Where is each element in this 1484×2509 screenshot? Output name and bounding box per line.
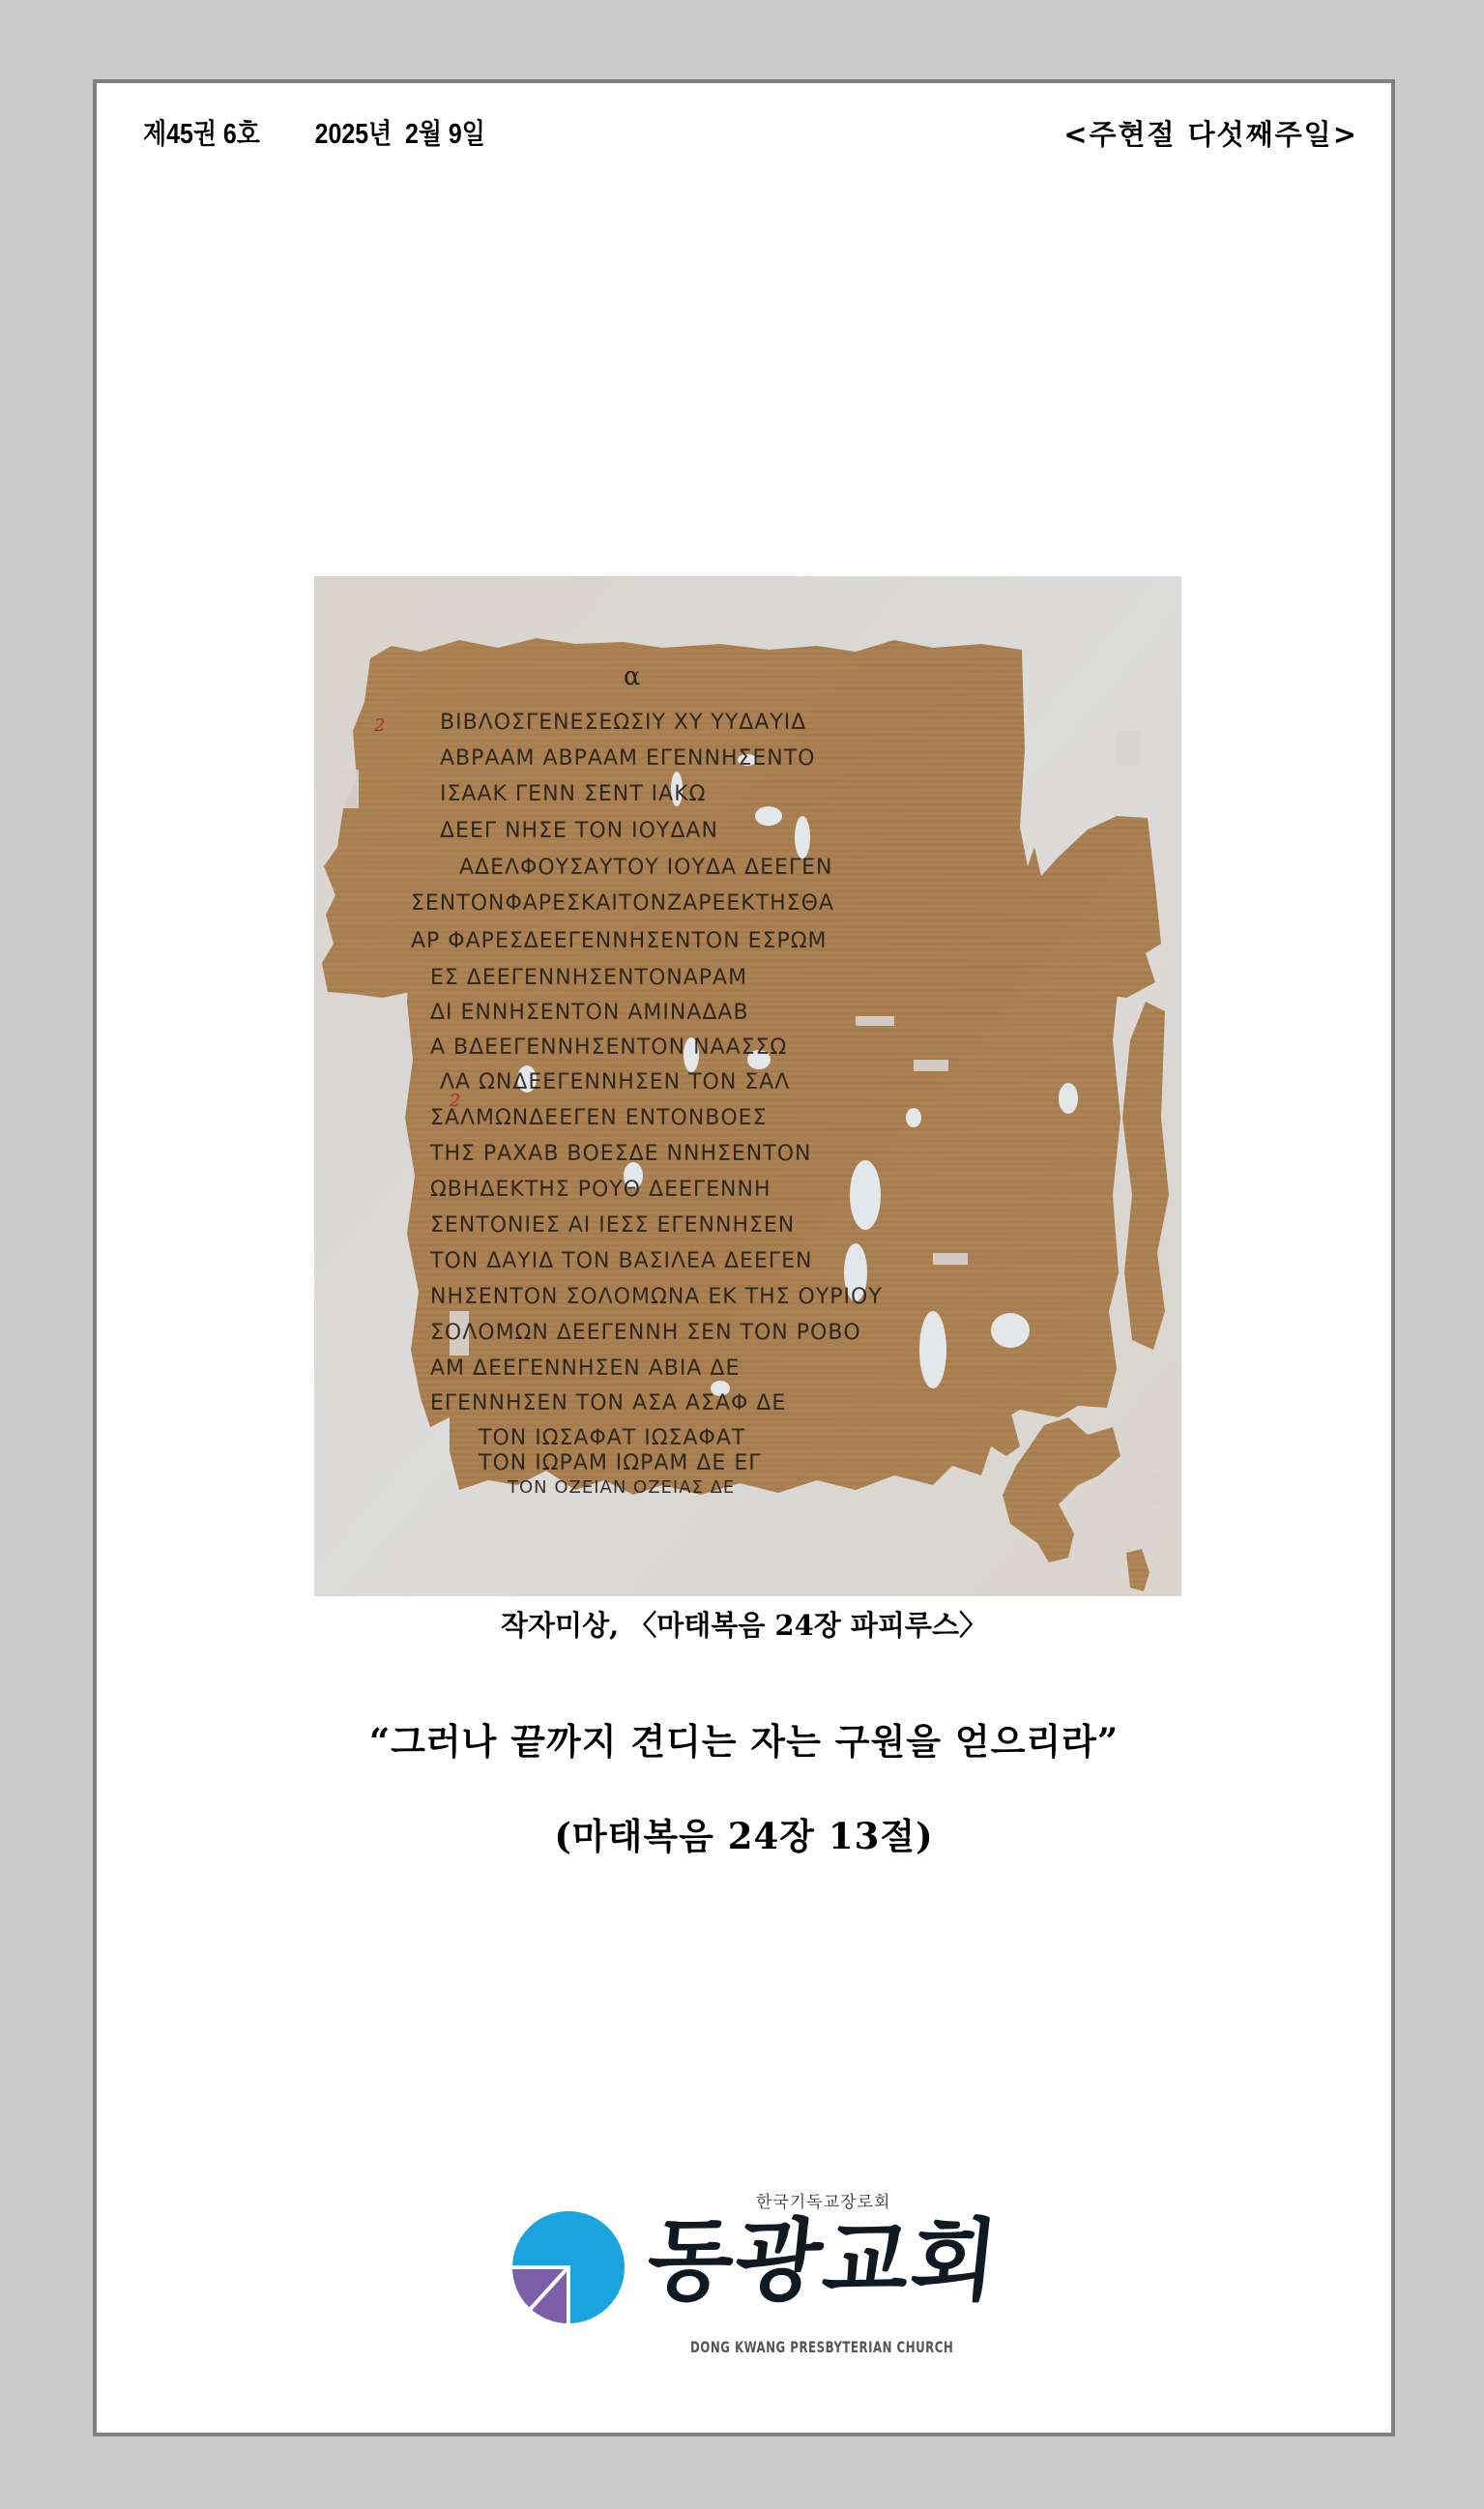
svg-text:ΤΟΝ ΔΑΥΙΔ ΤΟΝ ΒΑΣΙΛΕΑ ΔΕΕΓΕ: ΤΟΝ ΔΑΥΙΔ ΤΟΝ ΒΑΣΙΛΕΑ ΔΕΕΓΕΝ [429,1249,812,1273]
svg-text:ΝΗΣΕΝΤΟΝ ΣΟΛΟΜΩΝΑ ΕΚ ΤΗΣ ΟΥΡΙΟ: ΝΗΣΕΝΤΟΝ ΣΟΛΟΜΩΝΑ ΕΚ ΤΗΣ ΟΥΡΙΟΥ [430,1285,883,1309]
artwork-caption: 작자미상, 〈마태복음 24장 파피루스〉 [97,1608,1391,1643]
svg-text:ΤΟΝ ΙΩΡΑΜ ΙΩΡΑΜ ΔΕ ΕΓ: ΤΟΝ ΙΩΡΑΜ ΙΩΡΑΜ ΔΕ ΕΓ [478,1451,762,1475]
svg-text:ΕΓΕΝΝΗΣΕΝ ΤΟΝ ΑΣΑ ΑΣΑΦ ΔΕ: ΕΓΕΝΝΗΣΕΝ ΤΟΝ ΑΣΑ ΑΣΑΦ ΔΕ [430,1391,786,1415]
svg-text:ΣΕΝΤΟΝΦΑΡΕΣΚΑΙΤΟΝΖΑΡΕΕΚΤΗΣΘΑ: ΣΕΝΤΟΝΦΑΡΕΣΚΑΙΤΟΝΖΑΡΕΕΚΤΗΣΘΑ [411,891,834,916]
svg-text:ΙΣΑΑΚ ΓΕΝΝ ΣΕΝΤ ΙΑΚΩ: ΙΣΑΑΚ ΓΕΝΝ ΣΕΝΤ ΙΑΚΩ [440,782,706,806]
margin-numeral-top: 2 [373,715,385,736]
page-marker: α [624,662,641,691]
scripture-quote: “그러나 끝까지 견디는 자는 구원을 얻으리라” [97,1719,1391,1764]
issue-date: 2025년 2월 9일 [315,119,485,150]
issue-header: 제45권 6호2025년 2월 9일 [143,118,485,151]
svg-text:ΤΟΝ ΙΩΣΑΦΑΤ ΙΩΣΑΦΑΤ: ΤΟΝ ΙΩΣΑΦΑΤ ΙΩΣΑΦΑΤ [478,1426,745,1450]
papyrus-artwork: 2 2 α ΒΙΒΛΟΣΓΕΝΕΣΕΩΣΙΥ ΧΥ ΥΥΔΑΥΙΔ ΑΒΡΑΑΜ… [314,576,1181,1596]
svg-text:ΑΜ ΔΕΕΓΕΝΝΗΣΕΝ ΑΒΙΑ ΔΕ: ΑΜ ΔΕΕΓΕΝΝΗΣΕΝ ΑΒΙΑ ΔΕ [430,1357,740,1381]
church-wordmark: 동광교회 [642,2206,1004,2315]
svg-text:ΒΙΒΛΟΣΓΕΝΕΣΕΩΣΙΥ ΧΥ ΥΥΔΑΥΙΔ: ΒΙΒΛΟΣΓΕΝΕΣΕΩΣΙΥ ΧΥ ΥΥΔΑΥΙΔ [440,711,806,735]
svg-text:ΤΗΣ ΡΑΧΑΒ ΒΟΕΣΔΕ ΝΝΗΣΕΝΤΟΝ: ΤΗΣ ΡΑΧΑΒ ΒΟΕΣΔΕ ΝΝΗΣΕΝΤΟΝ [429,1142,811,1166]
svg-text:ΕΣ ΔΕΕΓΕΝΝΗΣΕΝΤΟΝΑΡΑΜ: ΕΣ ΔΕΕΓΕΝΝΗΣΕΝΤΟΝΑΡΑΜ [430,966,747,990]
bulletin-cover-page: 제45권 6호2025년 2월 9일 <주현절 다섯째주일> [93,79,1395,2436]
scripture-reference: (마태복음 24장 13절) [97,1814,1391,1858]
svg-text:Α ΒΔΕΕΓΕΝΝΗΣΕΝΤΟΝ ΝΑΑΣΣΩ: Α ΒΔΕΕΓΕΝΝΗΣΕΝΤΟΝ ΝΑΑΣΣΩ [430,1036,787,1060]
svg-text:ΑΒΡΑΑΜ ΑΒΡΑΑΜ ΕΓΕΝΝΗΣΕΝΤΟ: ΑΒΡΑΑΜ ΑΒΡΑΑΜ ΕΓΕΝΝΗΣΕΝΤΟ [440,746,816,771]
church-logo-mark-icon [510,2209,626,2325]
svg-text:ΣΑΛΜΩΝΔΕΕΓΕΝ ΕΝΤΟΝΒΟΕΣ: ΣΑΛΜΩΝΔΕΕΓΕΝ ΕΝΤΟΝΒΟΕΣ [430,1106,768,1130]
svg-text:ΔΙ ΕΝΝΗΣΕΝΤΟΝ ΑΜΙΝΑΔΑΒ: ΔΙ ΕΝΝΗΣΕΝΤΟΝ ΑΜΙΝΑΔΑΒ [430,1001,749,1025]
svg-text:ΣΕΝΤΟΝΙΕΣ ΑΙ ΙΕΣΣ ΕΓΕΝΝΗΣΕΝ: ΣΕΝΤΟΝΙΕΣ ΑΙ ΙΕΣΣ ΕΓΕΝΝΗΣΕΝ [430,1213,795,1238]
papyrus-image: 2 2 α ΒΙΒΛΟΣΓΕΝΕΣΕΩΣΙΥ ΧΥ ΥΥΔΑΥΙΔ ΑΒΡΑΑΜ… [314,576,1181,1596]
denomination-name: 한국기독교장로회 [756,2193,890,2212]
svg-text:ΑΔΕΛΦΟΥΣΑΥΤΟΥ ΙΟΥΔΑ ΔΕΕΓΕΝ: ΑΔΕΛΦΟΥΣΑΥΤΟΥ ΙΟΥΔΑ ΔΕΕΓΕΝ [459,856,833,880]
svg-text:ΑΡ ΦΑΡΕΣΔΕΕΓΕΝΝΗΣΕΝΤΟΝ ΕΣΡΩΜ: ΑΡ ΦΑΡΕΣΔΕΕΓΕΝΝΗΣΕΝΤΟΝ ΕΣΡΩΜ [411,929,828,953]
volume-issue: 제45권 6호 [143,119,260,150]
svg-text:ΛΑ ΩΝΔΕΕΓΕΝΝΗΣΕΝ ΤΟΝ ΣΑΛ: ΛΑ ΩΝΔΕΕΓΕΝΝΗΣΕΝ ΤΟΝ ΣΑΛ [440,1070,790,1094]
liturgical-day: <주현절 다섯째주일> [1063,118,1358,151]
church-english-name: DONG KWANG PRESBYTERIAN CHURCH [690,2339,953,2356]
svg-text:ΤΟΝ ΟΖΕΙΑΝ ΟΖΕΙΑΣ ΔΕ: ΤΟΝ ΟΖΕΙΑΝ ΟΖΕΙΑΣ ΔΕ [507,1477,735,1498]
svg-text:ΩΒΗΔΕΚΤΗΣ ΡΟΥΘ ΔΕΕΓΕΝΝΗ: ΩΒΗΔΕΚΤΗΣ ΡΟΥΘ ΔΕΕΓΕΝΝΗ [430,1178,771,1202]
svg-text:ΣΟΛΟΜΩΝ ΔΕΕΓΕΝΝΗ ΣΕΝ ΤΟΝ ΡΟΒΟ: ΣΟΛΟΜΩΝ ΔΕΕΓΕΝΝΗ ΣΕΝ ΤΟΝ ΡΟΒΟ [430,1321,861,1345]
svg-text:ΔΕΕΓ ΝΗΣΕ ΤΟΝ ΙΟΥΔΑΝ: ΔΕΕΓ ΝΗΣΕ ΤΟΝ ΙΟΥΔΑΝ [440,819,718,843]
